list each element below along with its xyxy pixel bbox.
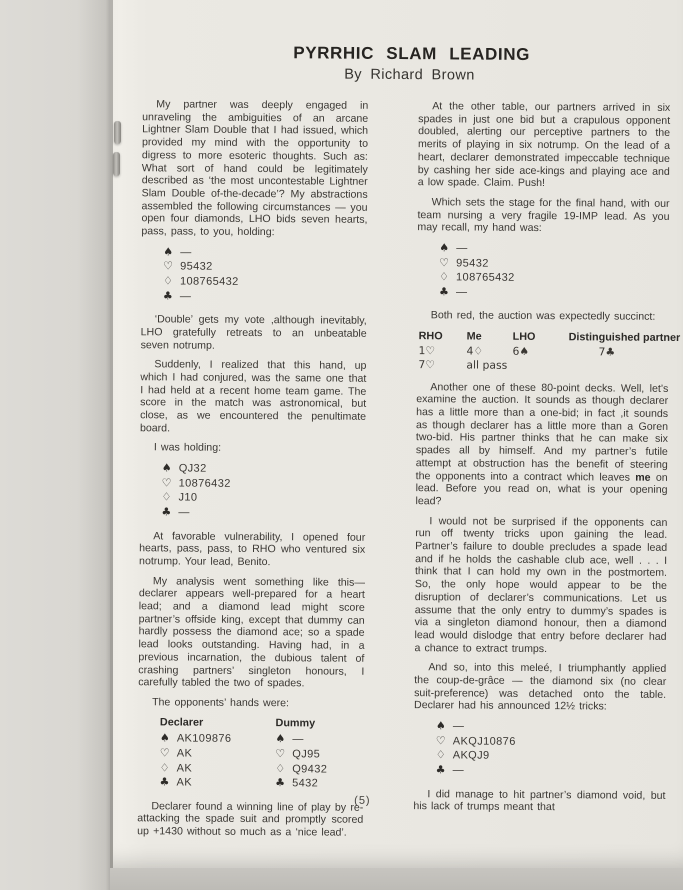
bridge-hand-my-hand: ♠— ♡95432 ♢108765432 ♣— [163,245,367,305]
hand-row: ♡QJ95 [275,747,327,762]
hand-row: ♢108765432 [439,271,669,287]
hand-row: ♡AKQJ10876 [436,734,666,750]
auction-header-partner: Distinguished partner [569,330,681,345]
spade-icon: ♠ [439,241,456,256]
dummy-hand: Dummy ♠— ♡QJ95 ♢Q9432 ♣5432 [275,717,328,791]
hand-row: ♢J10 [161,491,365,507]
diamond-icon: ♢ [160,761,177,776]
hand-cards: AK109876 [177,732,232,747]
staple [114,121,121,144]
hand-cards: 10876432 [179,476,231,491]
hand-cards: — [453,763,465,778]
dummy-label: Dummy [275,717,327,730]
hand-cards: 95432 [456,256,489,271]
right-column: At the other table, our partners arrived… [413,100,670,849]
hand-row: ♠— [439,241,669,257]
hand-cards: — [292,733,304,748]
hand-cards: 108765432 [180,274,239,289]
diamond-icon: ♢ [275,762,292,777]
staple [113,152,120,176]
spine-crease [110,0,113,868]
paragraph: Suddenly, I realized that this hand, up … [140,358,367,436]
heart-icon: ♡ [162,476,179,491]
hand-cards: AKQJ10876 [453,734,516,749]
hand-row: ♠AK109876 [160,732,232,747]
hand-row: ♣— [436,763,666,779]
hand-row: ♣AK [159,775,231,790]
auction-table: RHO Me LHO Distinguished partner 1♡ 4♢ 6… [418,329,668,374]
paragraph: My analysis went something like this— de… [138,575,365,691]
hand-cards: — [180,289,192,304]
paragraph: My partner was deeply engaged in unravel… [141,98,368,239]
club-icon: ♣ [439,285,456,300]
club-icon: ♣ [161,505,178,520]
emphasis-me: me [635,471,650,483]
hand-cards: — [456,285,468,300]
paragraph: At the other table, our partners arrived… [418,100,671,191]
auction-bid: 4♢ [466,344,512,359]
club-icon: ♣ [275,776,292,791]
hand-row: ♣— [439,285,669,301]
diamond-icon: ♢ [439,271,456,286]
hand-row: ♢AK [160,761,232,776]
hand-row: ♣5432 [275,776,327,791]
auction-bid: 6♠ [512,344,568,359]
paragraph: I would not be surprised if the opponent… [414,515,667,656]
paragraph: Which sets the stage for the final hand,… [417,196,669,236]
hand-cards: 95432 [180,260,213,275]
opponents-hands-table: Declarer ♠AK109876 ♡AK ♢AK ♣AK Dummy ♠— … [159,716,364,792]
paragraph: The opponents’ hands were: [138,696,364,710]
hand-row: ♠QJ32 [162,462,366,478]
paragraph: At favorable vulnerability, I opened fou… [139,530,365,570]
hand-row: ♠— [163,245,367,261]
hand-cards: 108765432 [456,271,515,286]
hand-row: ♣— [163,289,367,305]
left-column: My partner was deeply engaged in unravel… [137,98,368,846]
hand-cards: Q9432 [292,762,327,777]
hand-cards: — [456,241,468,256]
auction-bid: 7♡ [418,358,466,373]
bridge-hand-recall: ♠— ♡95432 ♢108765432 ♣— [439,241,669,301]
hand-row: ♢AKQJ9 [436,749,666,765]
hand-cards: 5432 [292,776,318,791]
paragraph: Another one of these 80-point decks. Wel… [415,381,668,510]
heart-icon: ♡ [163,260,180,275]
auction-bid: 1♡ [418,344,466,359]
hand-row: ♢Q9432 [275,762,327,777]
hand-row: ♡95432 [163,260,367,276]
paragraph: ‘Double’ gets my vote ,although inevitab… [141,313,367,353]
hand-cards: J10 [178,491,197,506]
hand-row: ♡10876432 [162,476,366,492]
heart-icon: ♡ [160,746,177,761]
declarer-label: Declarer [160,716,232,729]
diamond-icon: ♢ [161,491,178,506]
paragraph: Both red, the auction was expectedly suc… [417,310,669,324]
club-icon: ♣ [163,289,180,304]
paragraph: And so, into this meleé, I triumphantly … [414,662,666,715]
spade-icon: ♠ [162,462,179,477]
bridge-hand-holding: ♠QJ32 ♡10876432 ♢J10 ♣— [161,462,365,522]
hand-cards: AKQJ9 [453,749,490,764]
hand-row: ♠— [275,733,327,748]
auction-bid [512,359,568,374]
bridge-hand-declarer-tricks: ♠— ♡AKQJ10876 ♢AKQJ9 ♣— [436,719,666,779]
diamond-icon: ♢ [163,274,180,289]
diamond-icon: ♢ [436,749,453,764]
hand-cards: AK [177,746,193,761]
heart-icon: ♡ [436,734,453,749]
auction-bid: 7♣ [568,345,680,360]
facing-page-edge [0,0,110,890]
auction-header-me: Me [467,330,513,345]
magazine-page: PYRRHIC SLAM LEADING By Richard Brown My… [113,0,683,868]
masthead: PYRRHIC SLAM LEADING By Richard Brown [112,0,683,85]
paragraph: I was holding: [140,442,366,456]
auction-header-rho: RHO [419,329,467,344]
club-icon: ♣ [436,763,453,778]
declarer-hand: Declarer ♠AK109876 ♡AK ♢AK ♣AK [159,716,231,791]
article-columns: My partner was deeply engaged in unravel… [107,81,682,849]
hand-row: ♠— [436,719,666,735]
hand-cards: AK [177,761,193,776]
hand-row: ♣— [161,505,365,521]
hand-cards: — [178,505,190,520]
spade-icon: ♠ [160,732,177,747]
hand-row: ♢108765432 [163,274,367,290]
hand-row: ♡95432 [439,256,669,272]
spade-icon: ♠ [436,719,453,734]
page-content: PYRRHIC SLAM LEADING By Richard Brown My… [107,0,683,870]
auction-bid [568,359,680,374]
hand-cards: QJ95 [292,747,320,762]
auction-header-lho: LHO [513,330,569,345]
spade-icon: ♠ [275,733,292,748]
hand-cards: AK [176,776,192,791]
auction-bid: all pass [466,359,512,374]
page-title: PYRRHIC SLAM LEADING [141,42,683,66]
club-icon: ♣ [159,775,176,790]
hand-cards: — [180,245,192,260]
hand-cards: — [453,720,465,735]
hand-cards: QJ32 [179,462,207,477]
hand-row: ♡AK [160,746,232,761]
heart-icon: ♡ [439,256,456,271]
heart-icon: ♡ [275,747,292,762]
photo-background: PYRRHIC SLAM LEADING By Richard Brown My… [0,0,683,890]
spade-icon: ♠ [163,245,180,260]
paragraph-text: Another one of these 80-point decks. Wel… [416,381,669,483]
